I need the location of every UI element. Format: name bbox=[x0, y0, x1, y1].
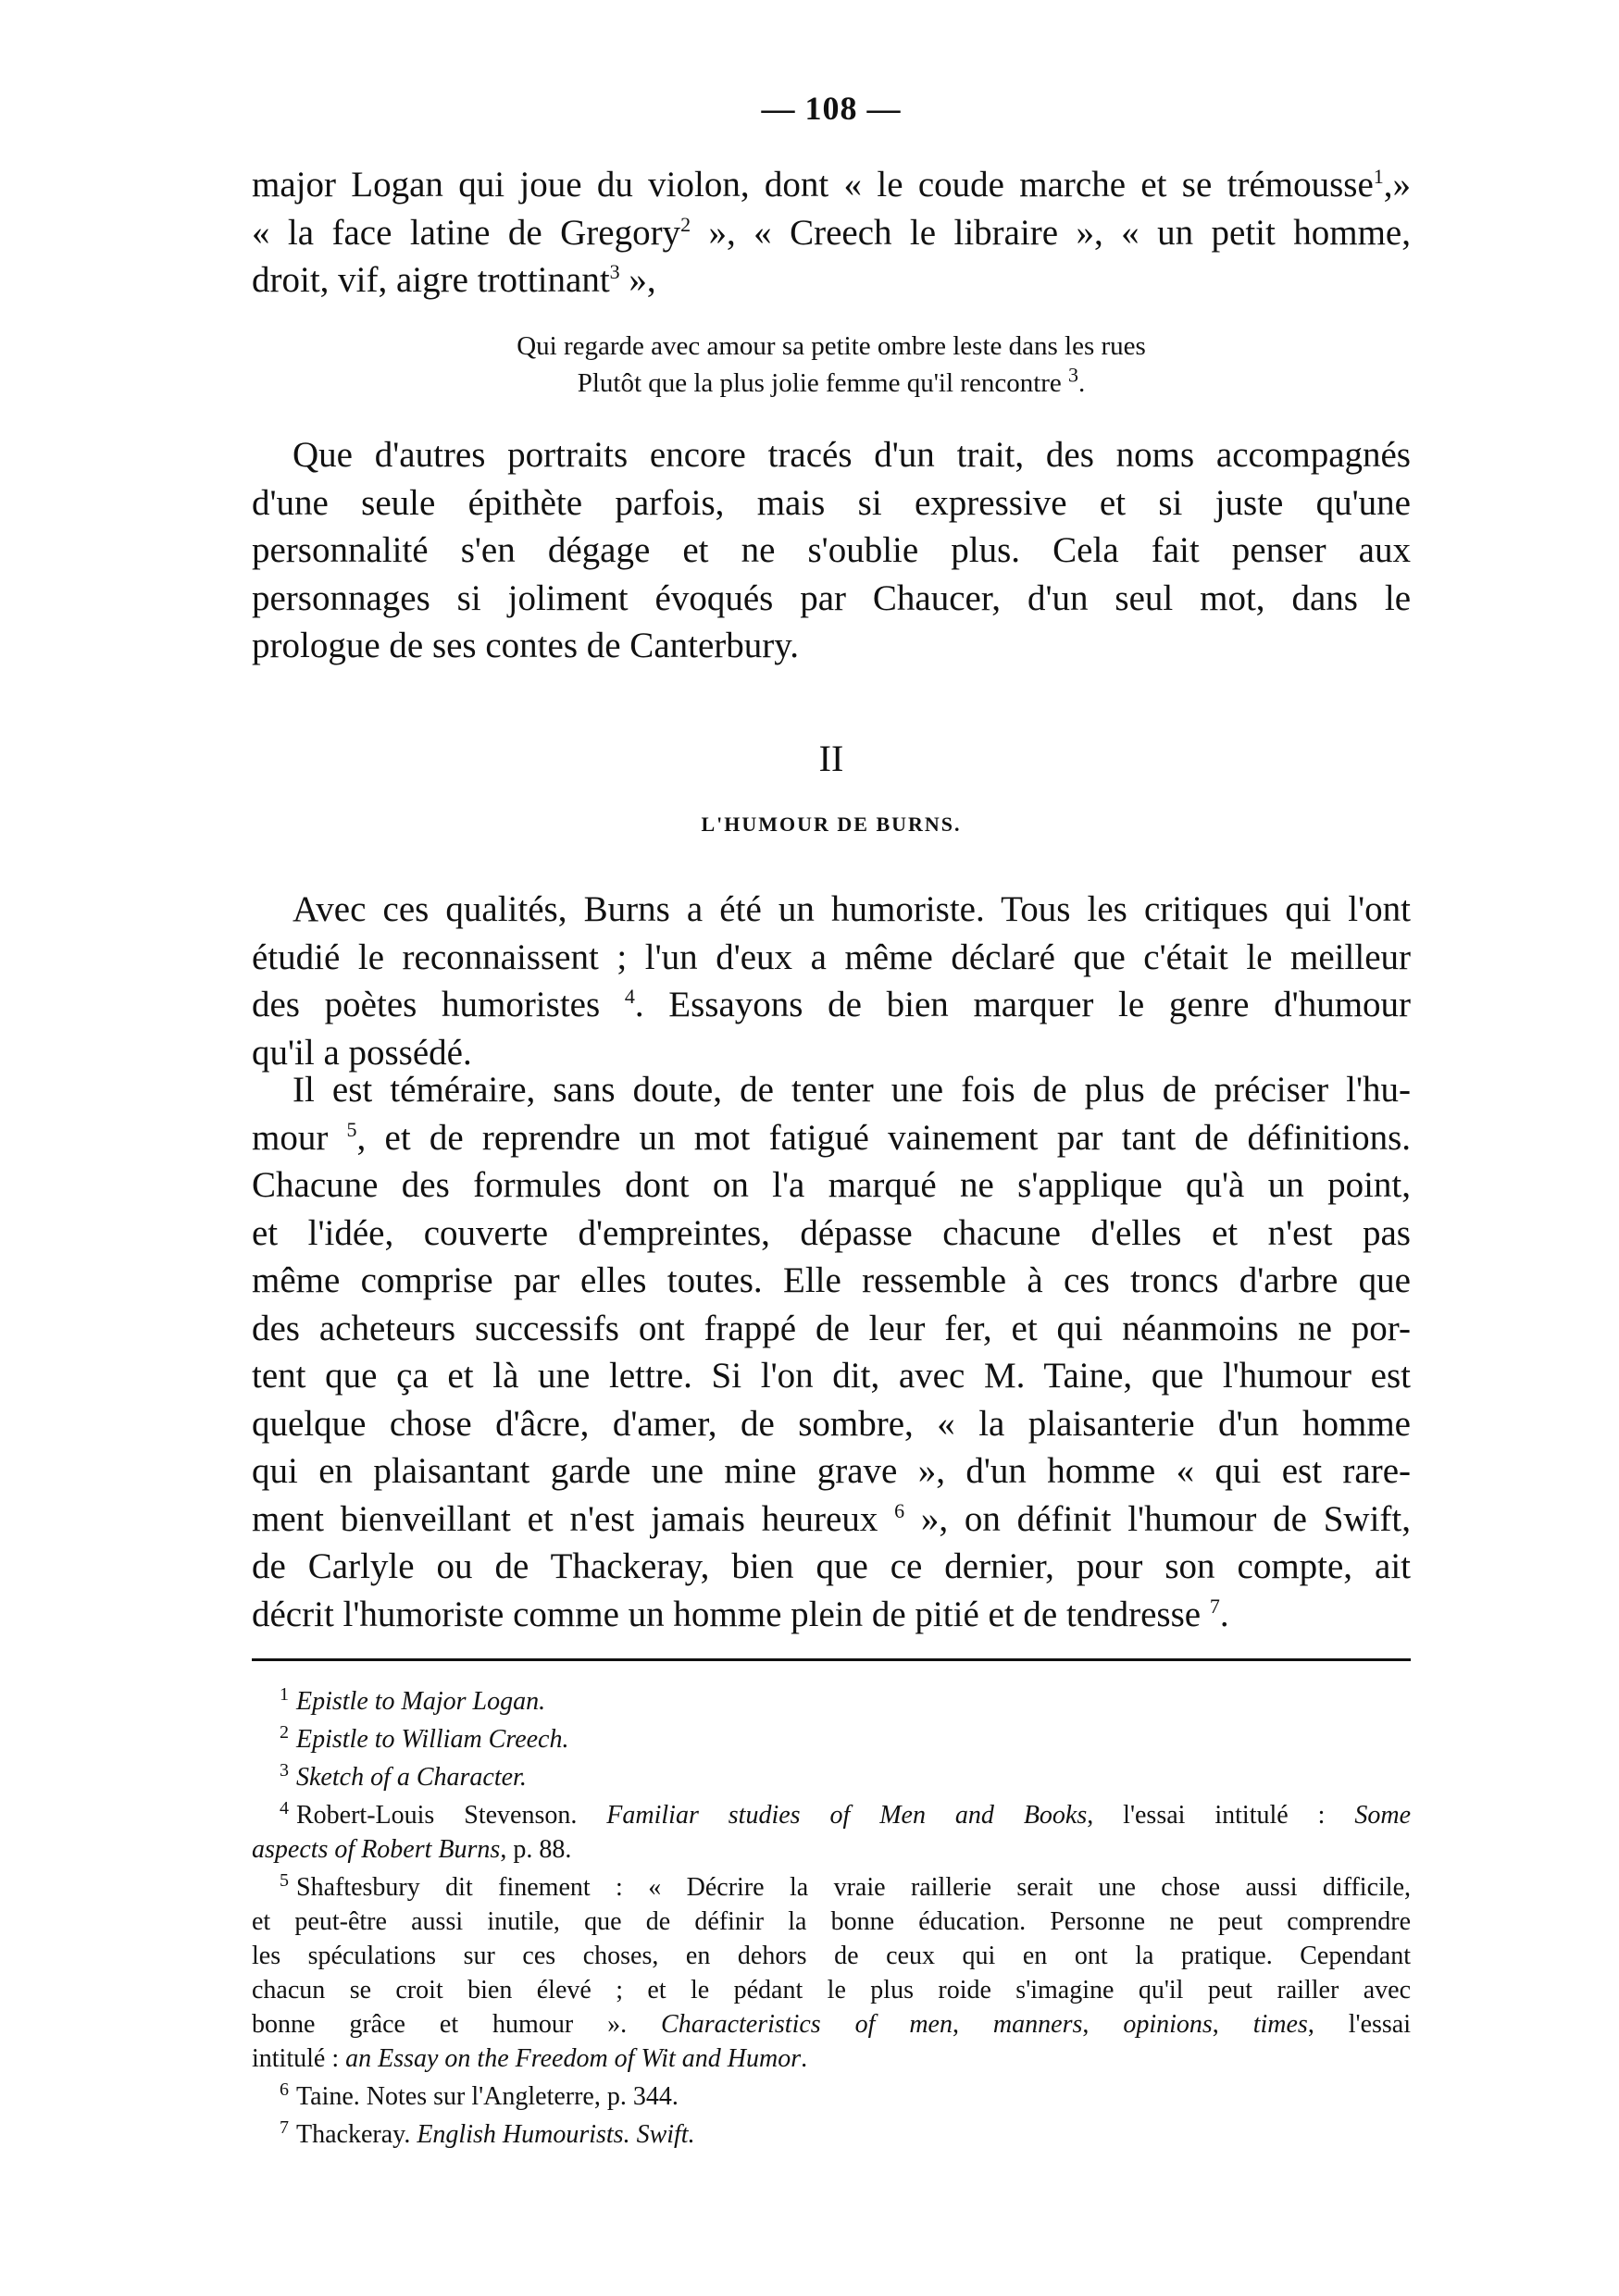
text-line: Avec ces qualités, Burns a été un humori… bbox=[252, 886, 1411, 934]
section-title: L'HUMOUR DE BURNS. bbox=[252, 813, 1411, 837]
footnote-5: 5Shaftesbury dit finement : « Décrire la… bbox=[252, 1870, 1411, 2076]
footnote-number: 6 bbox=[280, 2079, 289, 2100]
paragraph-humoriste: Avec ces qualités, Burns a été un humori… bbox=[252, 886, 1411, 1076]
text-line: et l'idée, couverte d'empreintes, dépass… bbox=[252, 1210, 1411, 1258]
text-line: qui en plaisantant garde une mine grave … bbox=[252, 1447, 1411, 1496]
footnote-number: 7 bbox=[280, 2117, 289, 2138]
text-line: ment bienveillant et n'est jamais heureu… bbox=[252, 1496, 1411, 1544]
text-line: tent que ça et là une lettre. Si l'on di… bbox=[252, 1352, 1411, 1400]
footnote-ref[interactable]: 3 bbox=[1068, 363, 1078, 386]
footnote-3: 3Sketch of a Character. bbox=[252, 1760, 1411, 1794]
text-line: des acheteurs successifs ont frappé de l… bbox=[252, 1305, 1411, 1353]
text-line: des poètes humoristes 4. Essayons de bie… bbox=[252, 981, 1411, 1029]
footnotes: 1Epistle to Major Logan. 2Epistle to Wil… bbox=[252, 1684, 1411, 2155]
footnote-number: 1 bbox=[280, 1684, 289, 1705]
text-line: d'une seule épithète parfois, mais si ex… bbox=[252, 479, 1411, 527]
footnote-ref[interactable]: 2 bbox=[680, 213, 691, 236]
text-line: Chacune des formules dont on l'a marqué … bbox=[252, 1161, 1411, 1210]
footnote-divider bbox=[252, 1658, 1411, 1661]
text-line: mour 5, et de reprendre un mot fatigué v… bbox=[252, 1114, 1411, 1162]
text-line: quelque chose d'âcre, d'amer, de sombre,… bbox=[252, 1400, 1411, 1448]
footnote-ref[interactable]: 6 bbox=[894, 1499, 904, 1522]
paragraph-chaucer: Que d'autres portraits encore tracés d'u… bbox=[252, 431, 1411, 670]
section-number: II bbox=[252, 737, 1411, 780]
paragraph-definition-humour: Il est téméraire, sans doute, de tenter … bbox=[252, 1066, 1411, 1638]
footnote-1: 1Epistle to Major Logan. bbox=[252, 1684, 1411, 1719]
footnote-ref[interactable]: 5 bbox=[347, 1118, 357, 1141]
text-line: Il est téméraire, sans doute, de tenter … bbox=[252, 1066, 1411, 1114]
text-line: droit, vif, aigre trottinant3 », bbox=[252, 256, 1411, 304]
verse-line: Plutôt que la plus jolie femme qu'il ren… bbox=[252, 365, 1411, 402]
footnote-6: 6Taine. Notes sur l'Angleterre, p. 344. bbox=[252, 2079, 1411, 2114]
text-line: étudié le reconnaissent ; l'un d'eux a m… bbox=[252, 934, 1411, 982]
footnote-number: 2 bbox=[280, 1722, 289, 1743]
footnote-2: 2Epistle to William Creech. bbox=[252, 1722, 1411, 1756]
paragraph-continuation: major Logan qui joue du violon, dont « l… bbox=[252, 161, 1411, 304]
footnote-number: 5 bbox=[280, 1870, 289, 1891]
verse-line: Qui regarde avec amour sa petite ombre l… bbox=[252, 328, 1411, 365]
page-number: — 108 — bbox=[252, 89, 1411, 128]
text-line: même comprise par elles toutes. Elle res… bbox=[252, 1257, 1411, 1305]
text-line: de Carlyle ou de Thackeray, bien que ce … bbox=[252, 1543, 1411, 1591]
footnote-number: 3 bbox=[280, 1760, 289, 1781]
footnote-4: 4Robert-Louis Stevenson. Familiar studie… bbox=[252, 1798, 1411, 1867]
verse-quotation: Qui regarde avec amour sa petite ombre l… bbox=[252, 328, 1411, 402]
text-line: prologue de ses contes de Canterbury. bbox=[252, 622, 1411, 670]
footnote-ref[interactable]: 7 bbox=[1210, 1595, 1220, 1618]
text-line: « la face latine de Gregory2 », « Creech… bbox=[252, 209, 1411, 257]
text-line: décrit l'humoriste comme un homme plein … bbox=[252, 1591, 1411, 1639]
footnote-ref[interactable]: 1 bbox=[1374, 165, 1384, 188]
footnote-number: 4 bbox=[280, 1798, 289, 1818]
text-line: Que d'autres portraits encore tracés d'u… bbox=[252, 431, 1411, 479]
text-line: personnages si joliment évoqués par Chau… bbox=[252, 575, 1411, 623]
footnote-ref[interactable]: 3 bbox=[610, 260, 620, 283]
footnote-ref[interactable]: 4 bbox=[625, 985, 635, 1008]
text-line: major Logan qui joue du violon, dont « l… bbox=[252, 161, 1411, 209]
footnote-7: 7Thackeray. English Humourists. Swift. bbox=[252, 2117, 1411, 2152]
text-line: personnalité s'en dégage et ne s'oublie … bbox=[252, 527, 1411, 575]
